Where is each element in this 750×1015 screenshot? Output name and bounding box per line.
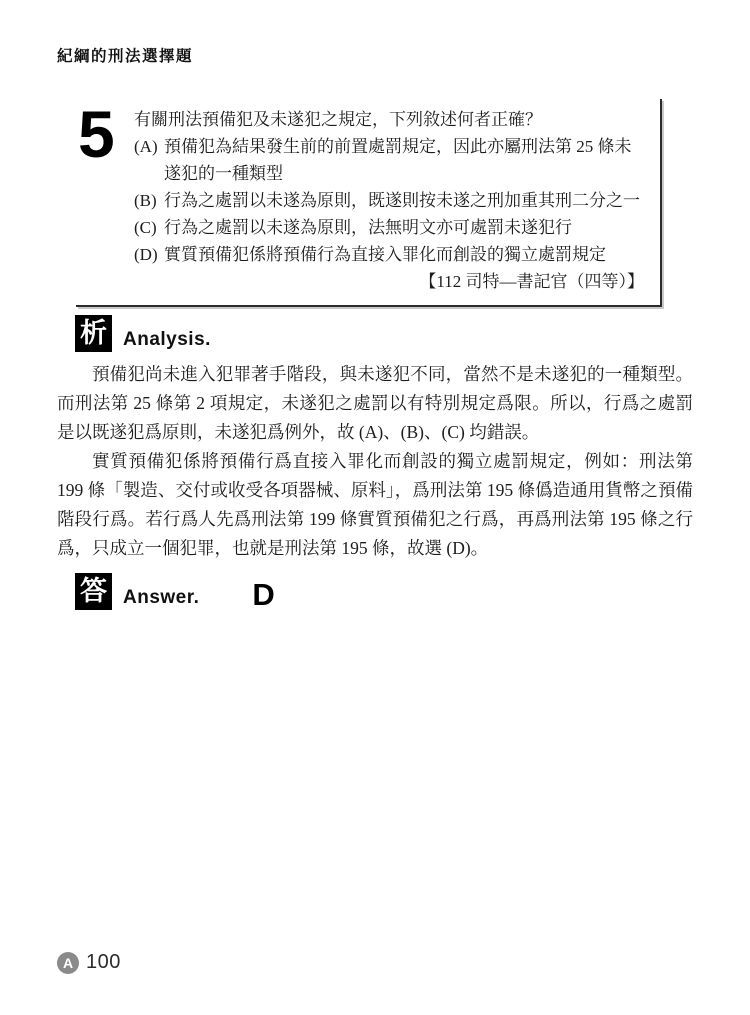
exam-source: 【112 司特—書記官（四等）】: [134, 268, 648, 295]
answer-heading: 答 Answer. D: [75, 573, 276, 610]
option-a: (A) 預備犯為結果發生前的前置處罰規定，因此亦屬刑法第 25 條未遂犯的一種類…: [134, 133, 648, 187]
option-a-label: (A): [134, 133, 164, 187]
footer-badge: A: [57, 952, 79, 974]
page-number: 100: [86, 951, 121, 974]
analysis-icon: 析: [75, 315, 112, 352]
page-footer: A 100: [57, 951, 121, 974]
option-b: (B) 行為之處罰以未遂為原則，既遂則按未遂之刑加重其刑二分之一: [134, 187, 648, 214]
analysis-heading: 析 Analysis.: [75, 315, 211, 352]
running-head: 紀綱的刑法選擇題: [57, 44, 193, 66]
option-d-label: (D): [134, 241, 164, 268]
answer-heading-label: Answer.: [123, 587, 199, 610]
analysis-body: 預備犯尚未進入犯罪著手階段，與未遂犯不同，當然不是未遂犯的一種類型。而刑法第 2…: [57, 360, 693, 563]
option-c: (C) 行為之處罰以未遂為原則，法無明文亦可處罰未遂犯行: [134, 214, 648, 241]
answer-value: D: [252, 579, 275, 610]
question-number: 5: [76, 105, 134, 295]
option-b-text: 行為之處罰以未遂為原則，既遂則按未遂之刑加重其刑二分之一: [164, 187, 648, 214]
question-block: 5 有關刑法預備犯及未遂犯之規定，下列敘述何者正確？ (A) 預備犯為結果發生前…: [76, 99, 662, 307]
option-d-text: 實質預備犯係將預備行為直接入罪化而創設的獨立處罰規定: [164, 241, 648, 268]
analysis-heading-label: Analysis.: [123, 329, 211, 352]
option-c-text: 行為之處罰以未遂為原則，法無明文亦可處罰未遂犯行: [164, 214, 648, 241]
option-b-label: (B): [134, 187, 164, 214]
question-stem: 有關刑法預備犯及未遂犯之規定，下列敘述何者正確？: [134, 106, 648, 133]
option-c-label: (C): [134, 214, 164, 241]
answer-icon: 答: [75, 573, 112, 610]
analysis-paragraph-1: 預備犯尚未進入犯罪著手階段，與未遂犯不同，當然不是未遂犯的一種類型。而刑法第 2…: [57, 360, 693, 447]
analysis-paragraph-2: 實質預備犯係將預備行爲直接入罪化而創設的獨立處罰規定，例如：刑法第 199 條「…: [57, 447, 693, 563]
option-a-text: 預備犯為結果發生前的前置處罰規定，因此亦屬刑法第 25 條未遂犯的一種類型: [164, 133, 648, 187]
option-d: (D) 實質預備犯係將預備行為直接入罪化而創設的獨立處罰規定: [134, 241, 648, 268]
question-content: 有關刑法預備犯及未遂犯之規定，下列敘述何者正確？ (A) 預備犯為結果發生前的前…: [134, 105, 648, 295]
